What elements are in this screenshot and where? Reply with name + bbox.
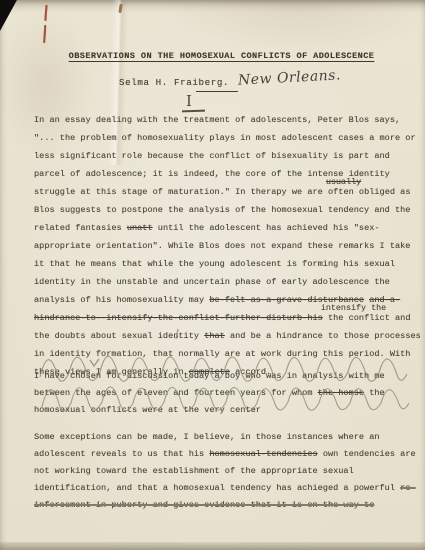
byline-underline xyxy=(196,91,238,92)
scanned-typescript-page: OBSERVATIONS ON THE HOMOSEXUAL CONFLICTS… xyxy=(0,0,425,550)
handwritten-location: New Orleans. xyxy=(238,67,342,88)
paper-sheet: OBSERVATIONS ON THE HOMOSEXUAL CONFLICTS… xyxy=(0,0,425,550)
paragraph-2: I have chosen for discussion today a boy… xyxy=(34,368,423,419)
author-byline: Selma H. Fraiberg. xyxy=(119,77,229,88)
paragraph-3: Some exceptions can be made, I believe, … xyxy=(34,429,423,514)
document-title: OBSERVATIONS ON THE HOMOSEXUAL CONFLICTS… xyxy=(28,51,415,61)
paragraph-1: In an essay dealing with the treatment o… xyxy=(34,111,423,381)
handwritten-section-numeral: I xyxy=(186,92,192,110)
